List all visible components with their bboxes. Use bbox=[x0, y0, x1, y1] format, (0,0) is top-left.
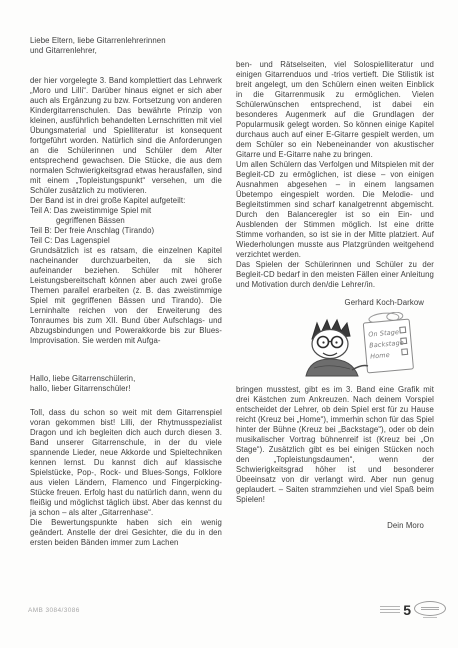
paragraph-kapitel: Grundsätzlich ist es ratsam, die einzeln… bbox=[30, 246, 222, 346]
greeting-teachers: Liebe Eltern, liebe Gitarrenlehrerinnen … bbox=[30, 36, 222, 56]
moro-character bbox=[306, 320, 368, 376]
paragraph-students-2: Die Bewertungspunkte haben sich ein weni… bbox=[30, 518, 222, 548]
greeting-students: Hallo, liebe Gitarrenschülerin, hallo, l… bbox=[30, 374, 222, 394]
page-number: 5 bbox=[403, 603, 411, 617]
catalog-number: AMB 3084/3086 bbox=[28, 607, 80, 614]
paragraph-continuation-2: bringen musstest, gibt es im 3. Band ein… bbox=[236, 385, 434, 505]
paragraph-continuation-1: ben- und Rätselseiten, viel Solospiellit… bbox=[236, 60, 434, 160]
left-column: Liebe Eltern, liebe Gitarrenlehrerinnen … bbox=[30, 36, 222, 548]
paragraph-kapitel-intro: Der Band ist in drei große Kapitel aufge… bbox=[30, 196, 222, 206]
list-item-teil-a: Teil A: Das zweistimmige Spiel mit gegri… bbox=[30, 206, 222, 226]
paragraph-students-1: Toll, dass du schon so weit mit dem Gita… bbox=[30, 408, 222, 518]
checklist-item-home: Home bbox=[370, 351, 390, 361]
right-column: ben- und Rätselseiten, viel Solospiellit… bbox=[236, 60, 434, 531]
publisher-logo-icon bbox=[414, 601, 446, 618]
page-footer-right: 5 bbox=[380, 601, 446, 618]
checklist-paper: On Stage Backstage Home bbox=[363, 312, 414, 373]
moro-cartoon-drawing: On Stage Backstage Home bbox=[302, 312, 434, 378]
paragraph-intro: der hier vorgelegte 3. Band komplettiert… bbox=[30, 76, 222, 196]
list-item-teil-b: Teil B: Der freie Anschlag (Tirando) bbox=[30, 226, 222, 236]
author-signature: Gerhard Koch-Darkow bbox=[236, 298, 434, 308]
paragraph-lehrer: Das Spielen der Schülerinnen und Schüler… bbox=[236, 260, 434, 290]
moro-cartoon: On Stage Backstage Home bbox=[302, 312, 434, 381]
book-page: Liebe Eltern, liebe Gitarrenlehrerinnen … bbox=[0, 0, 458, 648]
imprint-micro-text bbox=[380, 606, 400, 613]
paragraph-cd: Um allen Schülern das Verfolgen und Mits… bbox=[236, 160, 434, 260]
moro-signature: Dein Moro bbox=[236, 521, 434, 531]
list-item-teil-c: Teil C: Das Lagenspiel bbox=[30, 236, 222, 246]
